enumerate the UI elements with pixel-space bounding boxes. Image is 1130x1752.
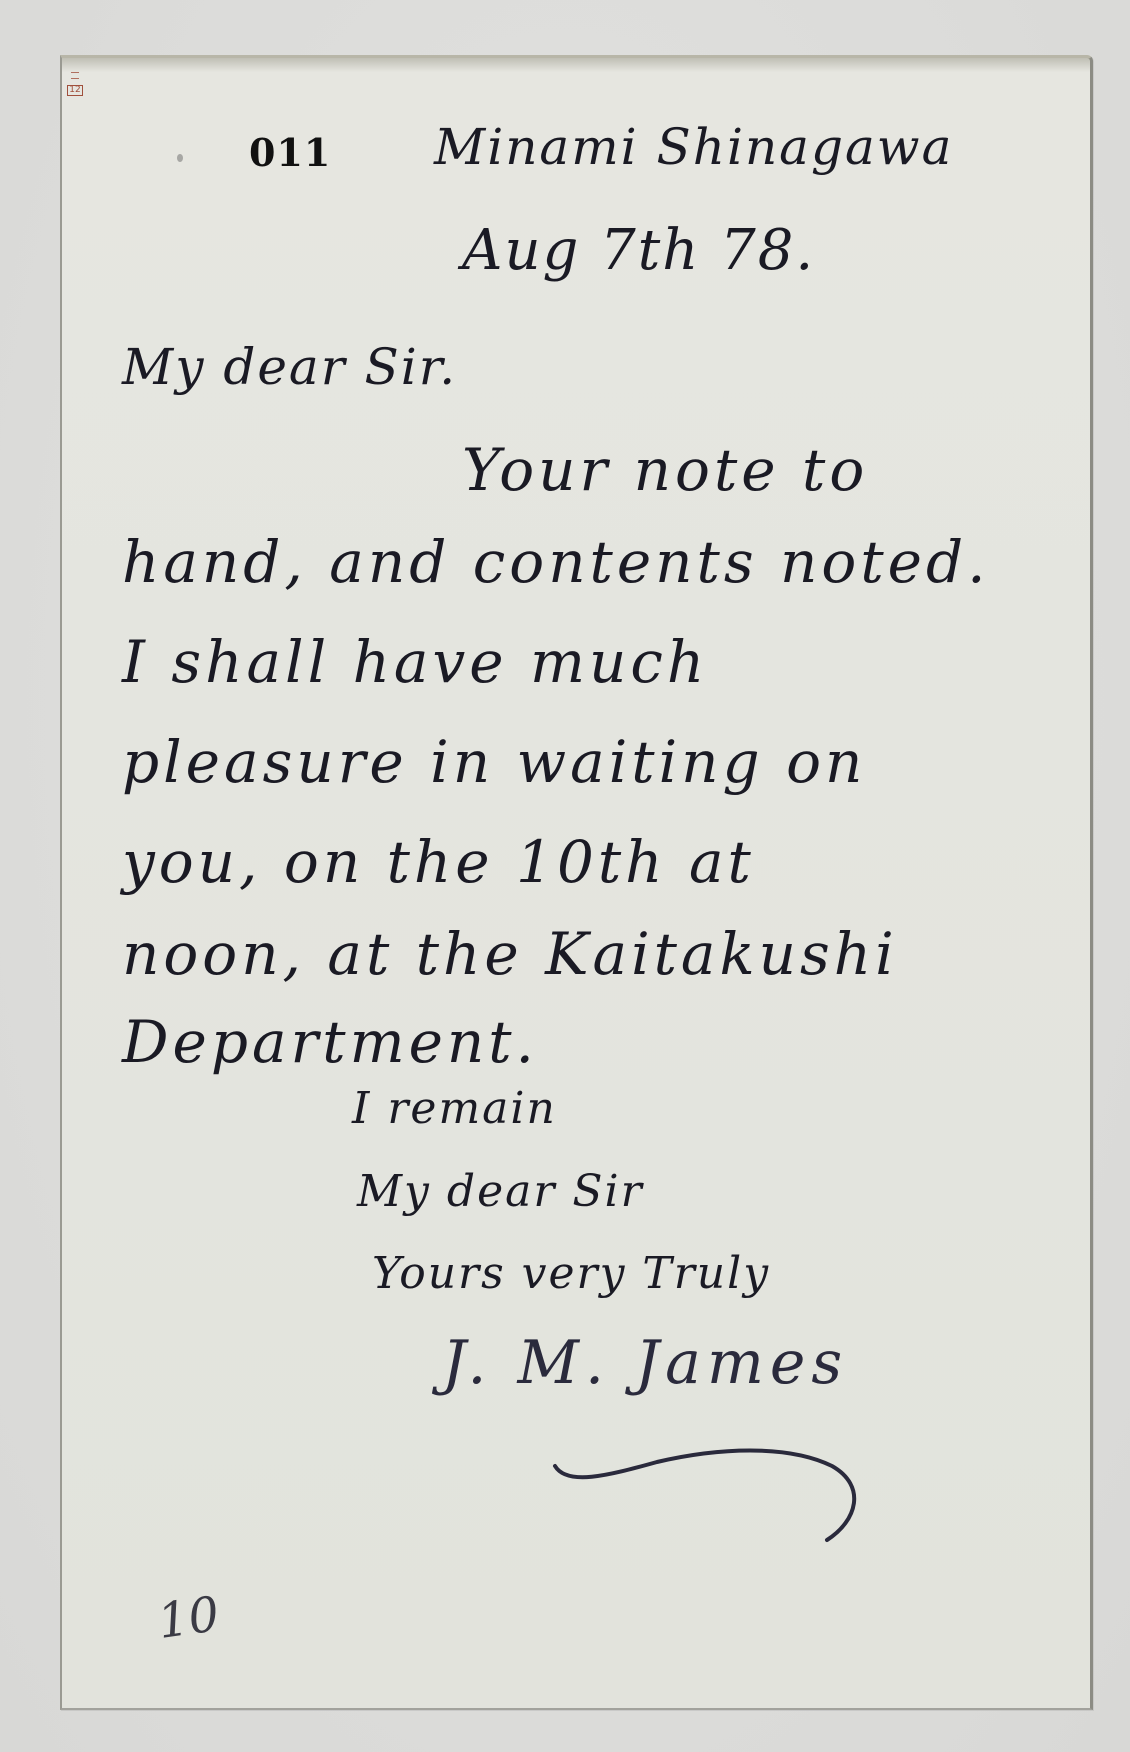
letter-date: Aug 7th 78. (462, 218, 815, 283)
letter-place: Minami Shinagawa (434, 118, 953, 176)
body-line: I shall have much (122, 628, 708, 696)
paper-speck (177, 154, 183, 162)
letter-salutation: My dear Sir. (122, 338, 457, 396)
body-line: Your note to (462, 436, 868, 504)
body-line: noon, at the Kaitakushi (122, 920, 898, 988)
item-number: 011 (249, 130, 331, 175)
closing-line: Yours very Truly (372, 1248, 770, 1299)
page-number: 10 (154, 1586, 222, 1650)
letter-sheet: 12 011 Minami Shinagawa Aug 7th 78. My d… (60, 55, 1093, 1710)
body-line: pleasure in waiting on (122, 728, 866, 796)
closing-line: I remain (352, 1083, 557, 1134)
edge-tick-mark (71, 72, 79, 79)
signature-flourish-icon (547, 1436, 867, 1546)
body-line: hand, and contents noted. (122, 528, 990, 596)
archive-stamp: 12 (67, 85, 82, 96)
archive-edge-marks: 12 (68, 72, 82, 96)
closing-line: My dear Sir (357, 1166, 644, 1217)
body-line: Department. (122, 1008, 538, 1076)
signature: J. M. James (442, 1328, 848, 1398)
body-line: you, on the 10th at (122, 828, 755, 896)
